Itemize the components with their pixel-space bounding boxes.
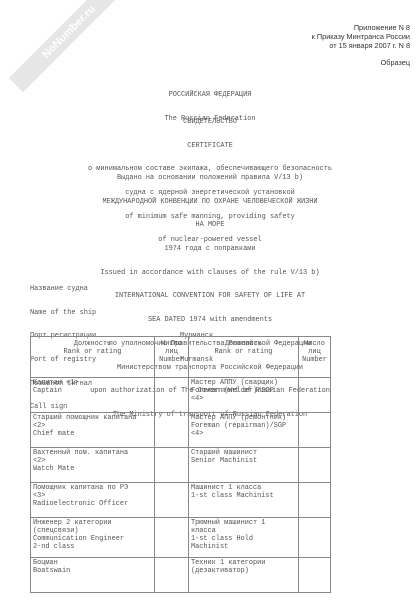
country-ru: РОССИЙСКАЯ ФЕДЕРАЦИЯ bbox=[0, 92, 420, 100]
header-number: ЧислолицNumber bbox=[299, 337, 331, 378]
header-number: ЧислолицNumber bbox=[155, 337, 189, 378]
rank-cell: Вахтенный пом. капитана<2>Watch Mate bbox=[31, 448, 155, 483]
rank-cell: Помощник капитана по РЭ<3>Radioelectroni… bbox=[31, 483, 155, 518]
number-cell bbox=[299, 448, 331, 483]
attachment-line-3: от 15 января 2007 г. N 8 bbox=[312, 41, 410, 50]
number-cell bbox=[299, 558, 331, 593]
cert-title-ru: СВИДЕТЕЛЬСТВО bbox=[0, 119, 420, 127]
field-label: Name of the ship bbox=[30, 310, 180, 318]
rank-cell: Инженер 2 категории(спецсвязи)Communicat… bbox=[31, 518, 155, 558]
table-row: Вахтенный пом. капитана<2>Watch Mate Ста… bbox=[31, 448, 331, 483]
cert-title-en: CERTIFICATE bbox=[0, 143, 420, 151]
table-row: Помощник капитана по РЭ<3>Radioelectroni… bbox=[31, 483, 331, 518]
rank-cell: Старший машинистSenior Machinist bbox=[189, 448, 299, 483]
header-rank: ДолжностьRank or rating bbox=[31, 337, 155, 378]
basis-line: Выдано на основании положений правила V/… bbox=[0, 175, 420, 183]
field-label: Название судна bbox=[30, 286, 180, 294]
rank-cell: Техник 1 категории(дезактиватор) bbox=[189, 558, 299, 593]
rank-cell: БоцманBoatswain bbox=[31, 558, 155, 593]
number-cell bbox=[155, 448, 189, 483]
table-row: Капитан <1>Captain Мастер АППУ (сварщик)… bbox=[31, 378, 331, 413]
table-row: Инженер 2 категории(спецсвязи)Communicat… bbox=[31, 518, 331, 558]
basis-line: НА МОРЕ bbox=[0, 222, 420, 230]
number-cell bbox=[155, 558, 189, 593]
rank-cell: Старший помощник капитана<2>Chief mate bbox=[31, 413, 155, 448]
basis-line: 1974 года с поправками bbox=[0, 246, 420, 254]
rank-cell: Машинист 1 класса1-st class Machinist bbox=[189, 483, 299, 518]
basis-line: МЕЖДУНАРОДНОЙ КОНВЕНЦИИ ПО ОХРАНЕ ЧЕЛОВЕ… bbox=[0, 199, 420, 207]
header-rank: ДолжностьRank or rating bbox=[189, 337, 299, 378]
number-cell bbox=[155, 413, 189, 448]
number-cell bbox=[155, 518, 189, 558]
sample-label: Образец bbox=[381, 58, 410, 67]
rank-cell: Капитан <1>Captain bbox=[31, 378, 155, 413]
rank-cell: Трюмный машинист 1класса1-st class HoldM… bbox=[189, 518, 299, 558]
number-cell bbox=[299, 483, 331, 518]
attachment-line-2: к Приказу Минтранса России bbox=[312, 32, 410, 41]
number-cell bbox=[155, 378, 189, 413]
number-cell bbox=[155, 483, 189, 518]
rank-cell: Мастер АППУ (сварщик)Foreman (Welder)/SG… bbox=[189, 378, 299, 413]
attachment-line-1: Приложение N 8 bbox=[312, 23, 410, 32]
table-row: БоцманBoatswain Техник 1 категории(дезак… bbox=[31, 558, 331, 593]
number-cell bbox=[299, 378, 331, 413]
crew-table: ДолжностьRank or rating ЧислолицNumber Д… bbox=[30, 336, 331, 593]
number-cell bbox=[299, 413, 331, 448]
rank-cell: Мастер АППУ (ремонтник)Foreman (repairma… bbox=[189, 413, 299, 448]
field-row: Название судна bbox=[30, 286, 213, 294]
number-cell bbox=[299, 518, 331, 558]
table-header-row: ДолжностьRank or rating ЧислолицNumber Д… bbox=[31, 337, 331, 378]
field-row: Name of the ship bbox=[30, 310, 213, 318]
table-row: Старший помощник капитана<2>Chief mate М… bbox=[31, 413, 331, 448]
attachment-note: Приложение N 8 к Приказу Минтранса Росси… bbox=[312, 23, 410, 50]
